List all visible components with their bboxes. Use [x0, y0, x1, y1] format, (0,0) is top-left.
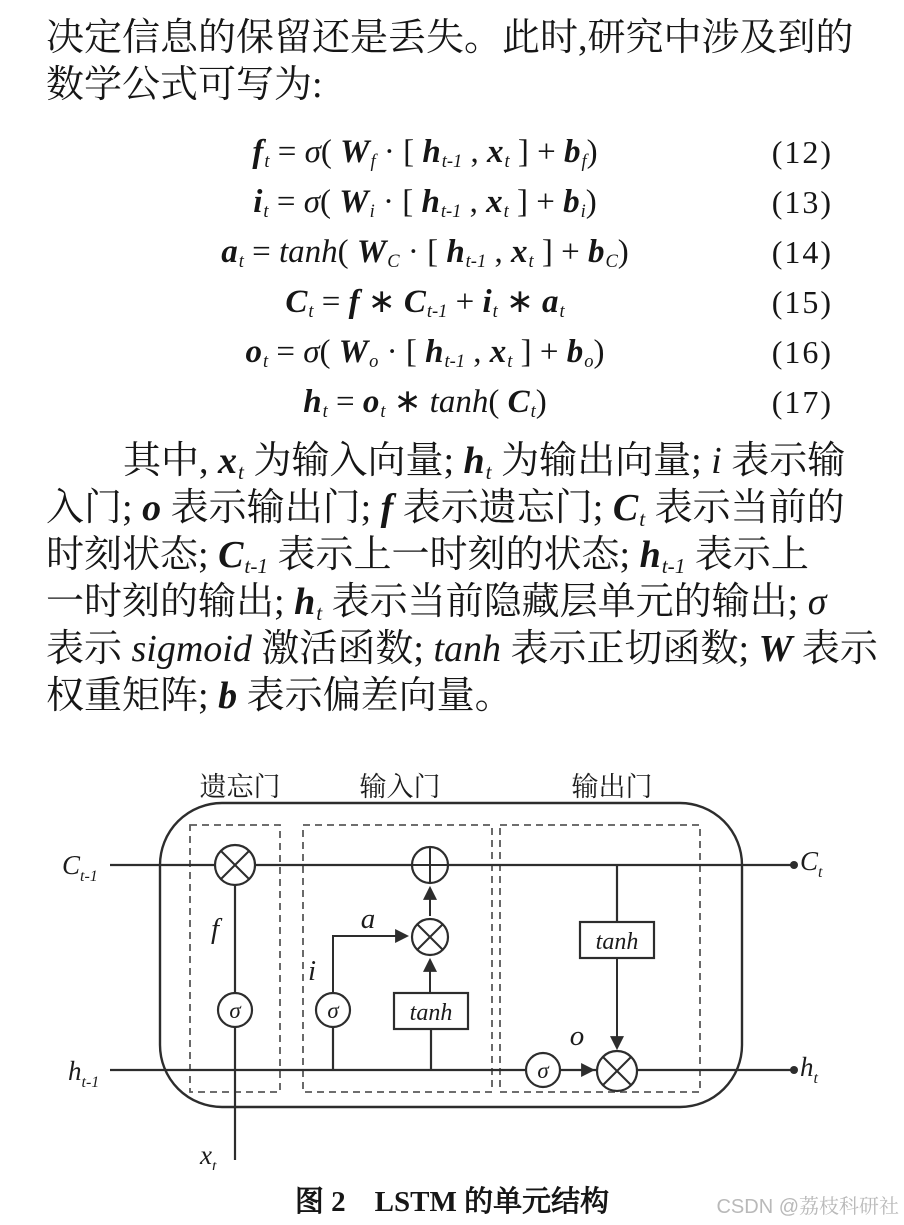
- equation-number: (12): [772, 127, 833, 177]
- h-prev-label: ht-1: [68, 1056, 99, 1091]
- text-segment: 权重矩阵;: [46, 675, 218, 717]
- text-segment: +: [540, 334, 567, 370]
- text-segment: +: [537, 134, 564, 170]
- text-segment: tanh: [430, 384, 489, 420]
- explain-line: 其中, xt 为输入向量; ht 为输出向量; i 表示输: [46, 438, 878, 485]
- text-segment: ·: [378, 334, 406, 370]
- subscript: t-1: [662, 554, 686, 578]
- subscript: o: [369, 351, 378, 371]
- text-segment: [: [406, 334, 425, 370]
- explain-line: 权重矩阵; b 表示偏差向量。: [46, 673, 878, 720]
- intro-line: 数学公式可写为:: [46, 62, 854, 109]
- c-out-dot: [790, 861, 798, 869]
- c-prev-label: Ct-1: [62, 850, 98, 885]
- text-segment: Wi: [339, 184, 374, 220]
- subscript: t: [559, 301, 564, 321]
- text-segment: at: [221, 234, 244, 270]
- a-label: a: [361, 903, 376, 935]
- text-segment: sigmoid: [132, 628, 252, 670]
- paragraph-intro: 决定信息的保留还是丢失。此时,研究中涉及到的数学公式可写为:: [46, 15, 854, 109]
- text-segment: Wf: [340, 134, 375, 170]
- text-segment: =: [244, 234, 279, 270]
- text-segment: σ: [305, 134, 321, 170]
- text-segment: ]: [510, 134, 538, 170]
- text-segment: 其中,: [123, 440, 218, 482]
- text-segment: Ct: [613, 487, 645, 529]
- c-next-label: Ct: [800, 846, 823, 881]
- text-segment: ht: [294, 581, 322, 623]
- text-segment: (: [488, 384, 507, 420]
- subscript: o: [584, 351, 593, 371]
- text-segment: 表示上一时刻的状态;: [268, 534, 640, 576]
- text-segment: ,: [486, 234, 511, 270]
- text-segment: bi: [563, 184, 586, 220]
- text-segment: Ct: [285, 284, 313, 320]
- text-segment: tanh: [433, 628, 501, 670]
- text-segment: ∗: [498, 284, 542, 320]
- text-segment: σ: [304, 184, 320, 220]
- paragraph-explanation: 其中, xt 为输入向量; ht 为输出向量; i 表示输入门; o 表示输出门…: [46, 438, 878, 720]
- text-segment: (: [320, 184, 339, 220]
- text-segment: xt: [487, 134, 510, 170]
- text-segment: ∗: [360, 284, 404, 320]
- x-input-label: xt: [199, 1140, 217, 1170]
- text-segment: 表示当前的: [645, 487, 845, 529]
- text-segment: 为输入向量;: [244, 440, 464, 482]
- page: { "intro": { "lines": [ "决定信息的保留还是丢失。此时,…: [0, 0, 904, 1225]
- text-segment: (: [321, 134, 340, 170]
- text-segment: ,: [462, 134, 487, 170]
- equation-body: ht = ot ∗ tanh( Ct): [303, 384, 547, 420]
- text-segment: 为输出向量;: [492, 440, 712, 482]
- text-segment: ht: [464, 440, 492, 482]
- equation-row: it = σ( Wi · [ ht-1 , xt ] + bi)(13): [0, 177, 904, 227]
- output-tanh-label: tanh: [596, 929, 639, 955]
- text-segment: (: [320, 334, 339, 370]
- text-segment: ht: [303, 384, 328, 420]
- equation-body: at = tanh( WC · [ ht-1 , xt ] + bC): [221, 234, 629, 270]
- equation-number: (17): [772, 377, 833, 427]
- equation-row: ft = σ( Wf · [ ht-1 , xt ] + bf)(12): [0, 127, 904, 177]
- watermark: CSDN @荔枝科研社: [716, 1190, 899, 1219]
- text-segment: ·: [376, 134, 404, 170]
- subscript: t-1: [441, 201, 462, 221]
- text-segment: =: [268, 334, 303, 370]
- text-segment: ): [586, 184, 597, 220]
- text-segment: f: [349, 284, 360, 320]
- text-segment: =: [328, 384, 363, 420]
- text-segment: 时刻状态;: [46, 534, 218, 576]
- forget-gate-label: 遗忘门: [200, 772, 281, 802]
- text-segment: i: [711, 440, 722, 482]
- subscript: t-1: [244, 554, 268, 578]
- text-segment: [: [402, 184, 421, 220]
- equation-body: it = σ( Wi · [ ht-1 , xt ] + bi): [253, 184, 597, 220]
- text-segment: b: [218, 675, 237, 717]
- text-segment: bC: [588, 234, 618, 270]
- text-segment: Ct-1: [404, 284, 448, 320]
- equation-number: (15): [772, 277, 833, 327]
- text-segment: ht-1: [640, 534, 686, 576]
- text-segment: (: [338, 234, 357, 270]
- intro-line: 决定信息的保留还是丢失。此时,研究中涉及到的: [46, 15, 854, 62]
- text-segment: 表示偏差向量。: [237, 675, 513, 717]
- text-segment: f: [381, 487, 394, 529]
- text-segment: it: [253, 184, 268, 220]
- explain-line: 表示 sigmoid 激活函数; tanh 表示正切函数; W 表示: [46, 626, 878, 673]
- text-segment: 表示: [46, 628, 132, 670]
- subscript: t-1: [444, 351, 465, 371]
- text-segment: 表示输出门;: [161, 487, 381, 529]
- text-segment: ,: [465, 334, 490, 370]
- text-segment: 表示输: [722, 440, 846, 482]
- input-sigma-glyph: σ: [327, 998, 340, 1023]
- text-segment: ): [587, 134, 598, 170]
- o-label: o: [570, 1020, 585, 1052]
- text-segment: bf: [564, 134, 587, 170]
- text-segment: 激活函数;: [252, 628, 434, 670]
- subscript: C: [387, 251, 399, 271]
- text-segment: ot: [245, 334, 268, 370]
- equation-number: (14): [772, 227, 833, 277]
- equation-row: Ct = f ∗ Ct-1 + it ∗ at(15): [0, 277, 904, 327]
- equation-body: ot = σ( Wo · [ ht-1 , xt ] + bo): [245, 334, 604, 370]
- text-segment: ,: [461, 184, 486, 220]
- equation-block: ft = σ( Wf · [ ht-1 , xt ] + bf)(12)it =…: [0, 127, 904, 427]
- text-segment: =: [269, 134, 304, 170]
- equation-number: (13): [772, 177, 833, 227]
- text-segment: Ct: [508, 384, 536, 420]
- text-segment: σ: [303, 334, 319, 370]
- text-segment: o: [142, 487, 161, 529]
- equation-number: (16): [772, 327, 833, 377]
- text-segment: ]: [534, 234, 562, 270]
- forget-sigma-glyph: σ: [229, 998, 242, 1023]
- text-segment: xt: [490, 334, 513, 370]
- text-segment: [: [427, 234, 446, 270]
- text-segment: Wo: [339, 334, 379, 370]
- text-segment: 一时刻的输出;: [46, 581, 294, 623]
- text-segment: W: [759, 628, 793, 670]
- text-segment: ht-1: [425, 334, 465, 370]
- subscript: C: [605, 251, 617, 271]
- text-segment: =: [314, 284, 349, 320]
- lstm-diagram: 遗忘门 输入门 输出门: [0, 758, 904, 1170]
- text-segment: ∗: [386, 384, 430, 420]
- text-segment: 表示当前隐藏层单元的输出;: [322, 581, 808, 623]
- text-segment: [: [403, 134, 422, 170]
- text-segment: +: [561, 234, 588, 270]
- text-segment: ht-1: [446, 234, 486, 270]
- equation-row: ot = σ( Wo · [ ht-1 , xt ] + bo)(16): [0, 327, 904, 377]
- equation-row: at = tanh( WC · [ ht-1 , xt ] + bC)(14): [0, 227, 904, 277]
- text-segment: ·: [375, 184, 403, 220]
- text-segment: bo: [567, 334, 594, 370]
- text-segment: +: [536, 184, 563, 220]
- text-segment: 入门;: [46, 487, 142, 529]
- explain-line: 入门; o 表示输出门; f 表示遗忘门; Ct 表示当前的: [46, 485, 878, 532]
- text-segment: xt: [218, 440, 244, 482]
- text-segment: 表示正切函数;: [501, 628, 759, 670]
- text-segment: +: [447, 284, 482, 320]
- explain-line: 时刻状态; Ct-1 表示上一时刻的状态; ht-1 表示上: [46, 532, 878, 579]
- text-segment: WC: [357, 234, 400, 270]
- explain-line: 一时刻的输出; ht 表示当前隐藏层单元的输出; σ: [46, 579, 878, 626]
- text-segment: xt: [511, 234, 534, 270]
- h-next-label: ht: [800, 1052, 819, 1087]
- text-segment: ht-1: [422, 134, 462, 170]
- text-segment: 表示: [792, 628, 878, 670]
- subscript: t-1: [442, 151, 463, 171]
- input-gate-label: 输入门: [360, 772, 441, 802]
- text-segment: at: [542, 284, 565, 320]
- h-out-dot: [790, 1066, 798, 1074]
- text-segment: ): [618, 234, 629, 270]
- equation-body: ft = σ( Wf · [ ht-1 , xt ] + bf): [252, 134, 597, 170]
- text-segment: ·: [400, 234, 428, 270]
- i-label: i: [308, 955, 316, 987]
- text-segment: ): [536, 384, 547, 420]
- equation-body: Ct = f ∗ Ct-1 + it ∗ at: [285, 284, 564, 320]
- text-segment: ht-1: [421, 184, 461, 220]
- subscript: t-1: [466, 251, 487, 271]
- text-segment: Ct-1: [218, 534, 268, 576]
- text-segment: ft: [252, 134, 269, 170]
- text-segment: =: [269, 184, 304, 220]
- equation-row: ht = ot ∗ tanh( Ct)(17): [0, 377, 904, 427]
- text-segment: ot: [363, 384, 386, 420]
- output-gate-label: 输出门: [572, 772, 653, 802]
- text-segment: σ: [808, 581, 827, 623]
- text-segment: xt: [486, 184, 509, 220]
- f-label: f: [211, 913, 223, 945]
- text-segment: 表示上: [685, 534, 809, 576]
- text-segment: tanh: [279, 234, 338, 270]
- subscript: t-1: [427, 301, 448, 321]
- input-tanh-label: tanh: [410, 1000, 453, 1026]
- text-segment: 表示遗忘门;: [393, 487, 613, 529]
- output-sigma-glyph: σ: [537, 1058, 550, 1083]
- text-segment: it: [483, 284, 498, 320]
- text-segment: ): [594, 334, 605, 370]
- text-segment: ]: [509, 184, 537, 220]
- text-segment: ]: [512, 334, 540, 370]
